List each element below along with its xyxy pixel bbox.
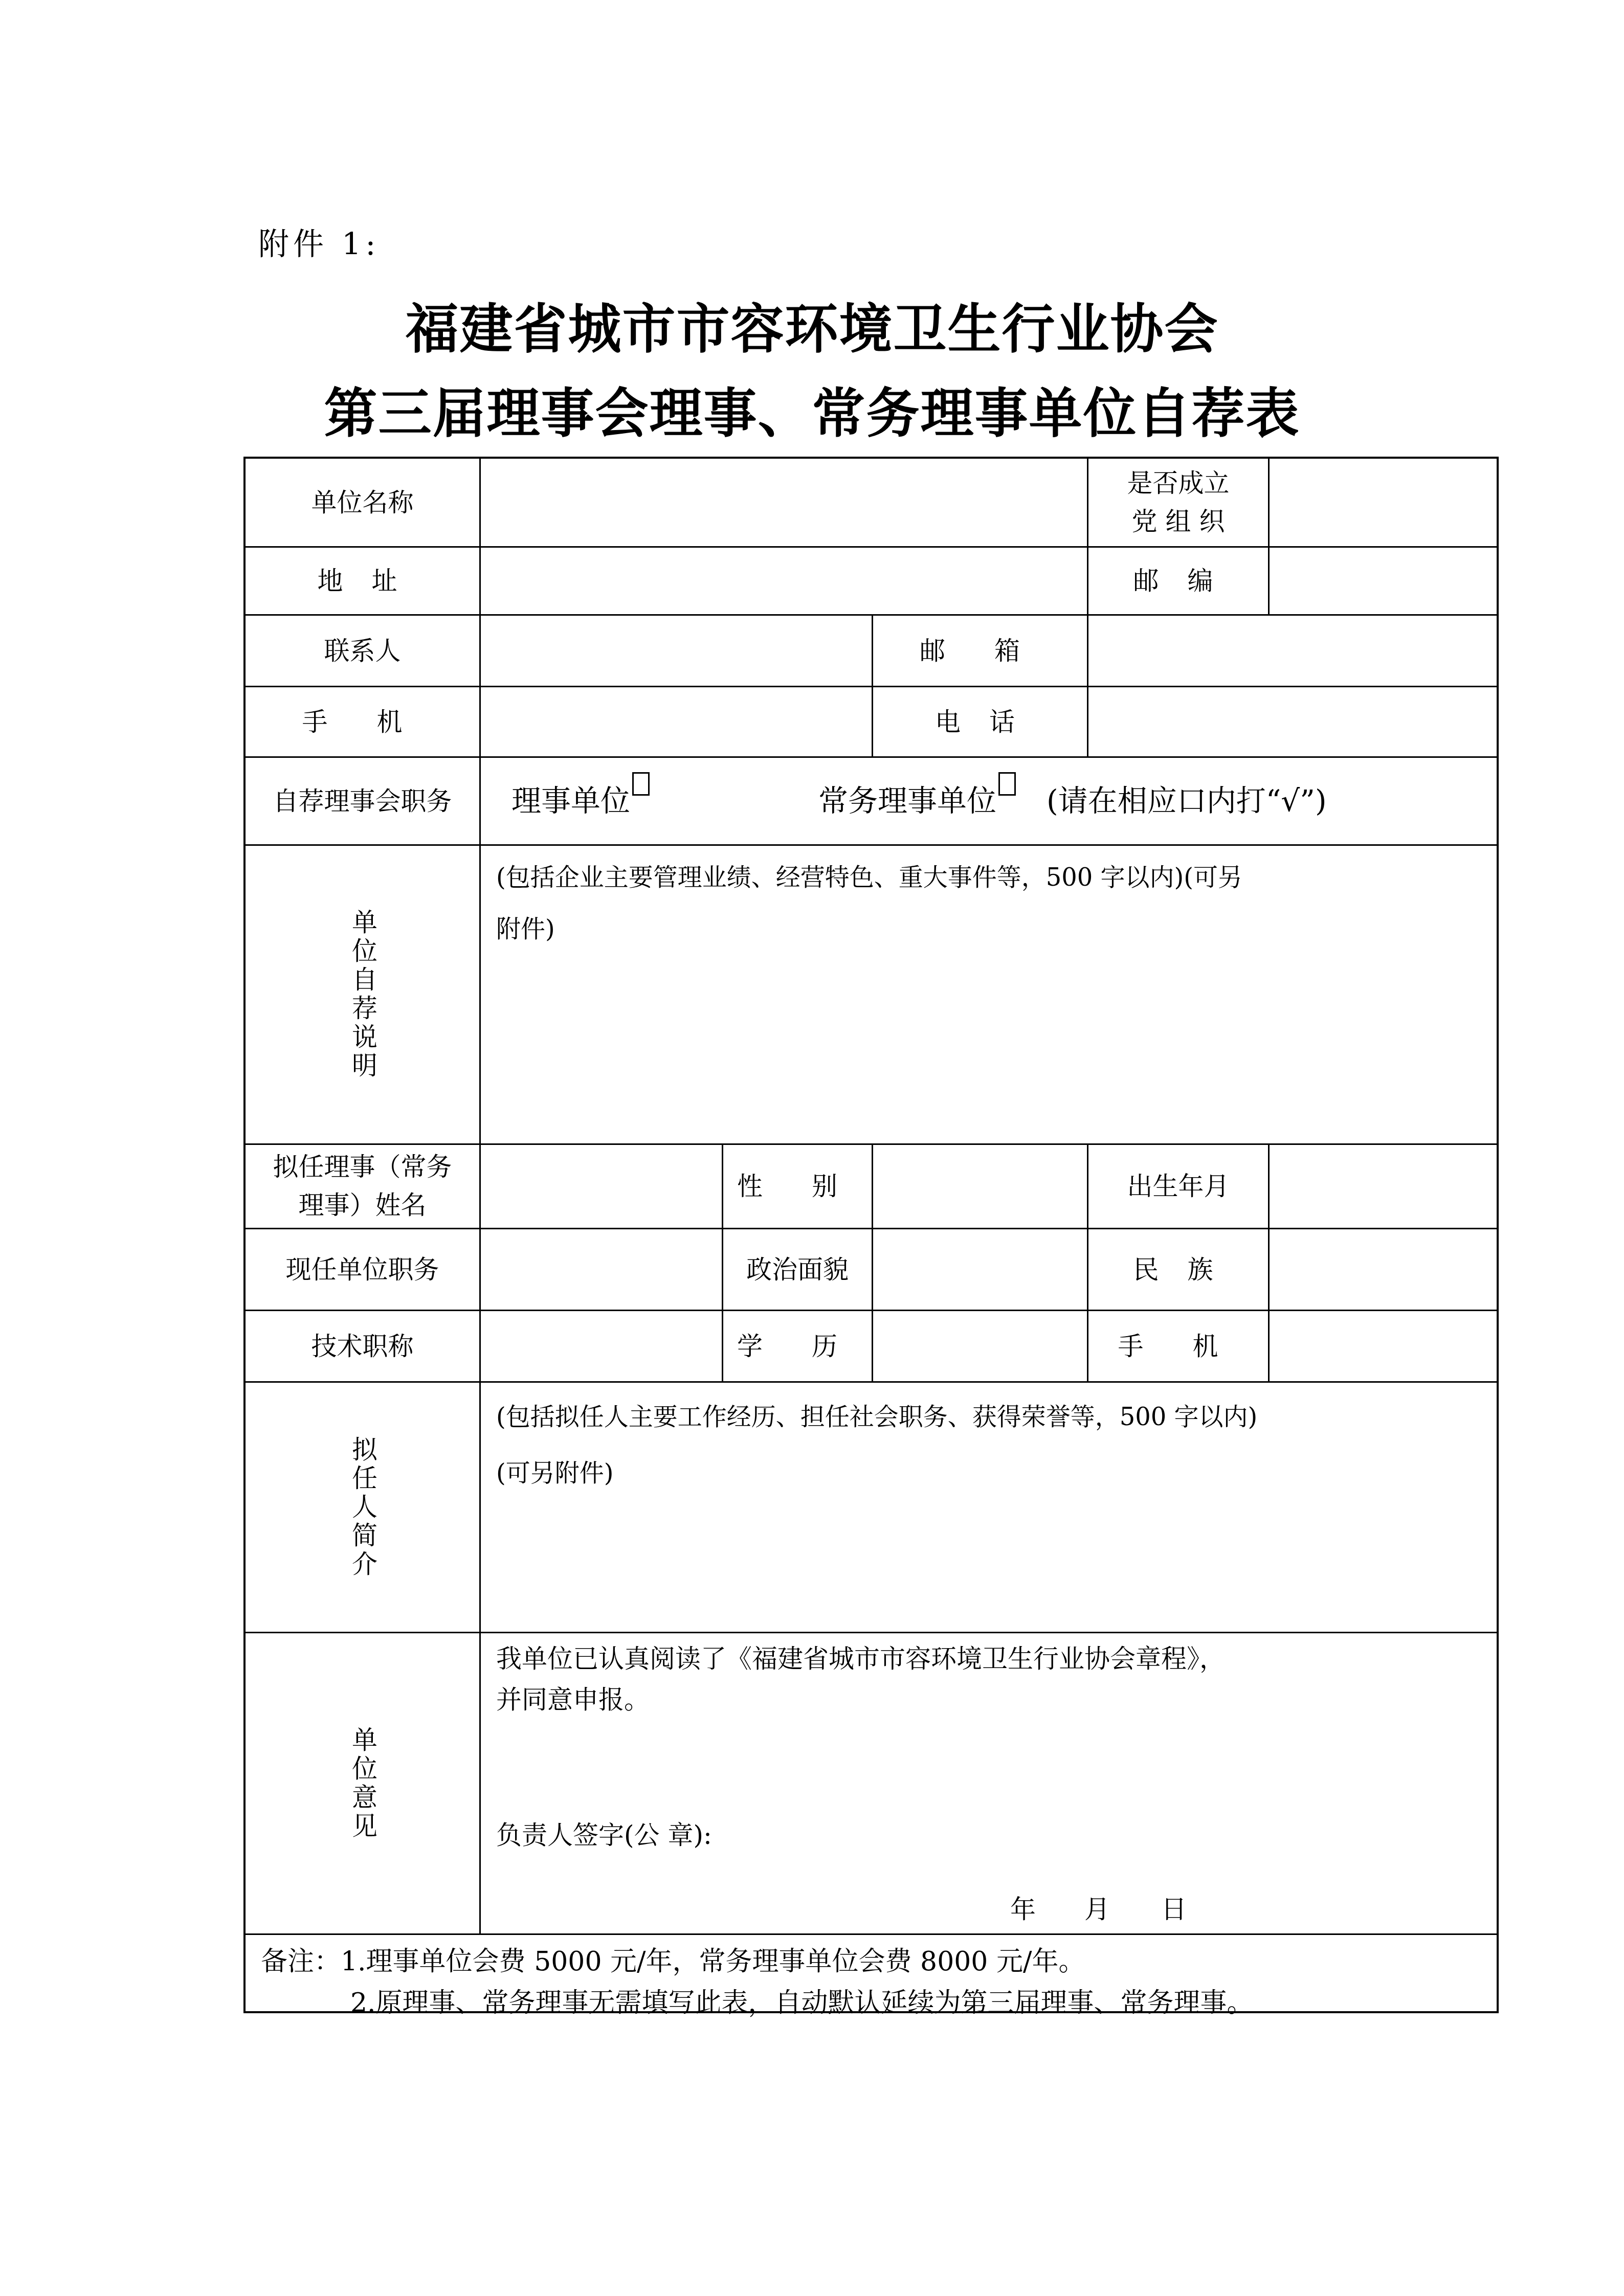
unit-description-label: 单位自荐说明 bbox=[246, 846, 481, 1145]
gender-label: 性 别 bbox=[723, 1145, 873, 1229]
postcode-label: 邮 编 bbox=[1088, 548, 1270, 616]
duty-options: 理事单位 常务理事单位 (请在相应口内打“√”) bbox=[481, 758, 1497, 846]
unit-description-label-text: 单位自荐说明 bbox=[348, 909, 376, 1081]
self-recommendation-form-table: 单位名称 是否成立 党 组 织 地 址 邮 编 联系人 邮 箱 手 机 电 话 … bbox=[243, 457, 1499, 2013]
signature-label: 负责人签字(公 章): bbox=[496, 1815, 712, 1856]
unit-opinion-field: 我单位已认真阅读了《福建省城市市容环境卫生行业协会章程》， 并同意申报。 负责人… bbox=[481, 1633, 1497, 1935]
political-label: 政治面貌 bbox=[723, 1229, 873, 1311]
tech-title-field[interactable] bbox=[481, 1311, 723, 1383]
notes-section: 备注：1.理事单位会费 5000 元/年，常务理事单位会费 8000 元/年。 … bbox=[246, 1935, 1497, 2013]
current-post-field[interactable] bbox=[481, 1229, 723, 1311]
phone-label-text: 电 话 bbox=[935, 702, 1025, 742]
ethnicity-label-text: 民 族 bbox=[1133, 1249, 1223, 1290]
address-field[interactable] bbox=[481, 548, 1088, 616]
unit-opinion-label-text: 单位意见 bbox=[348, 1726, 376, 1841]
executive-director-checkbox[interactable] bbox=[998, 772, 1016, 796]
candidate-mobile-label-text: 手 机 bbox=[1118, 1326, 1239, 1367]
date-day-label: 日 bbox=[1161, 1889, 1187, 1930]
unit-description-field[interactable]: (包括企业主要管理业绩、经营特色、重大事件等，500 字以内)(可另 附件) bbox=[481, 846, 1497, 1145]
education-label: 学 历 bbox=[723, 1311, 873, 1383]
candidate-name-label-line1: 拟任理事（常务 bbox=[273, 1148, 452, 1186]
address-label: 地 址 bbox=[246, 548, 481, 616]
document-title-line1: 福建省城市市容环境卫生行业协会 bbox=[0, 286, 1624, 363]
education-field[interactable] bbox=[873, 1311, 1088, 1383]
postcode-field[interactable] bbox=[1270, 548, 1497, 616]
unit-description-hint-line1: (包括企业主要管理业绩、经营特色、重大事件等，500 字以内)(可另 bbox=[496, 852, 1242, 904]
party-org-field[interactable] bbox=[1270, 459, 1497, 548]
candidate-bio-hint-line1: (包括拟任人主要工作经历、担任社会职务、获得荣誉等，500 字以内) bbox=[496, 1389, 1257, 1445]
candidate-bio-hint-line2: (可另附件) bbox=[496, 1445, 1257, 1501]
notes-line1: 备注：1.理事单位会费 5000 元/年，常务理事单位会费 8000 元/年。 bbox=[261, 1941, 1481, 1983]
birth-label: 出生年月 bbox=[1088, 1145, 1270, 1229]
unit-description-hint-line2: 附件) bbox=[496, 904, 1242, 955]
candidate-bio-label-text: 拟任人简介 bbox=[348, 1436, 376, 1579]
email-field[interactable] bbox=[1088, 616, 1497, 687]
party-org-label-line1: 是否成立 bbox=[1127, 464, 1230, 503]
contact-label: 联系人 bbox=[246, 616, 481, 687]
phone-field[interactable] bbox=[1088, 687, 1497, 758]
mobile-label: 手 机 bbox=[246, 687, 481, 758]
email-label-text: 邮 箱 bbox=[920, 631, 1040, 671]
date-year-label: 年 bbox=[1010, 1889, 1036, 1930]
mobile-field[interactable] bbox=[481, 687, 873, 758]
education-label-text: 学 历 bbox=[737, 1326, 858, 1367]
phone-label: 电 话 bbox=[873, 687, 1088, 758]
mobile-label-text: 手 机 bbox=[302, 702, 423, 742]
attachment-label: 附件 1: bbox=[258, 220, 380, 264]
candidate-name-label: 拟任理事（常务 理事）姓名 bbox=[246, 1145, 481, 1229]
duty-hint: (请在相应口内打“√”) bbox=[1047, 777, 1327, 825]
unit-opinion-label: 单位意见 bbox=[246, 1633, 481, 1935]
opinion-statement-line1: 我单位已认真阅读了《福建省城市市容环境卫生行业协会章程》， bbox=[496, 1638, 1225, 1679]
duty-option-executive-label: 常务理事单位 bbox=[818, 783, 996, 818]
duty-option-executive-director[interactable]: 常务理事单位 bbox=[818, 777, 1016, 825]
party-org-label-line2: 党 组 织 bbox=[1132, 503, 1225, 541]
notes-line2: 2.原理事、常务理事无需填写此表，自动默认延续为第三届理事、常务理事。 bbox=[261, 1983, 1481, 2024]
director-checkbox[interactable] bbox=[632, 772, 650, 796]
document-title-line2: 第三届理事会理事、常务理事单位自荐表 bbox=[0, 371, 1624, 447]
candidate-mobile-field[interactable] bbox=[1270, 1311, 1497, 1383]
candidate-mobile-label: 手 机 bbox=[1088, 1311, 1270, 1383]
date-month-label: 月 bbox=[1084, 1889, 1110, 1930]
opinion-statement-line2: 并同意申报。 bbox=[496, 1679, 1225, 1720]
party-org-label: 是否成立 党 组 织 bbox=[1088, 459, 1270, 548]
ethnicity-label: 民 族 bbox=[1088, 1229, 1270, 1311]
postcode-label-text: 邮 编 bbox=[1133, 560, 1223, 601]
ethnicity-field[interactable] bbox=[1270, 1229, 1497, 1311]
candidate-name-label-line2: 理事）姓名 bbox=[299, 1186, 427, 1225]
current-post-label: 现任单位职务 bbox=[246, 1229, 481, 1311]
tech-title-label: 技术职称 bbox=[246, 1311, 481, 1383]
gender-field[interactable] bbox=[873, 1145, 1088, 1229]
candidate-bio-label: 拟任人简介 bbox=[246, 1383, 481, 1633]
duty-label: 自荐理事会职务 bbox=[246, 758, 481, 846]
candidate-bio-field[interactable]: (包括拟任人主要工作经历、担任社会职务、获得荣誉等，500 字以内) (可另附件… bbox=[481, 1383, 1497, 1633]
email-label: 邮 箱 bbox=[873, 616, 1088, 687]
contact-field[interactable] bbox=[481, 616, 873, 687]
unit-name-label: 单位名称 bbox=[246, 459, 481, 548]
political-field[interactable] bbox=[873, 1229, 1088, 1311]
candidate-name-field[interactable] bbox=[481, 1145, 723, 1229]
duty-option-director[interactable]: 理事单位 bbox=[511, 777, 650, 825]
unit-name-field[interactable] bbox=[481, 459, 1088, 548]
duty-option-director-label: 理事单位 bbox=[511, 783, 630, 818]
gender-label-text: 性 别 bbox=[737, 1166, 858, 1207]
address-label-text: 地 址 bbox=[318, 560, 408, 601]
birth-field[interactable] bbox=[1270, 1145, 1497, 1229]
